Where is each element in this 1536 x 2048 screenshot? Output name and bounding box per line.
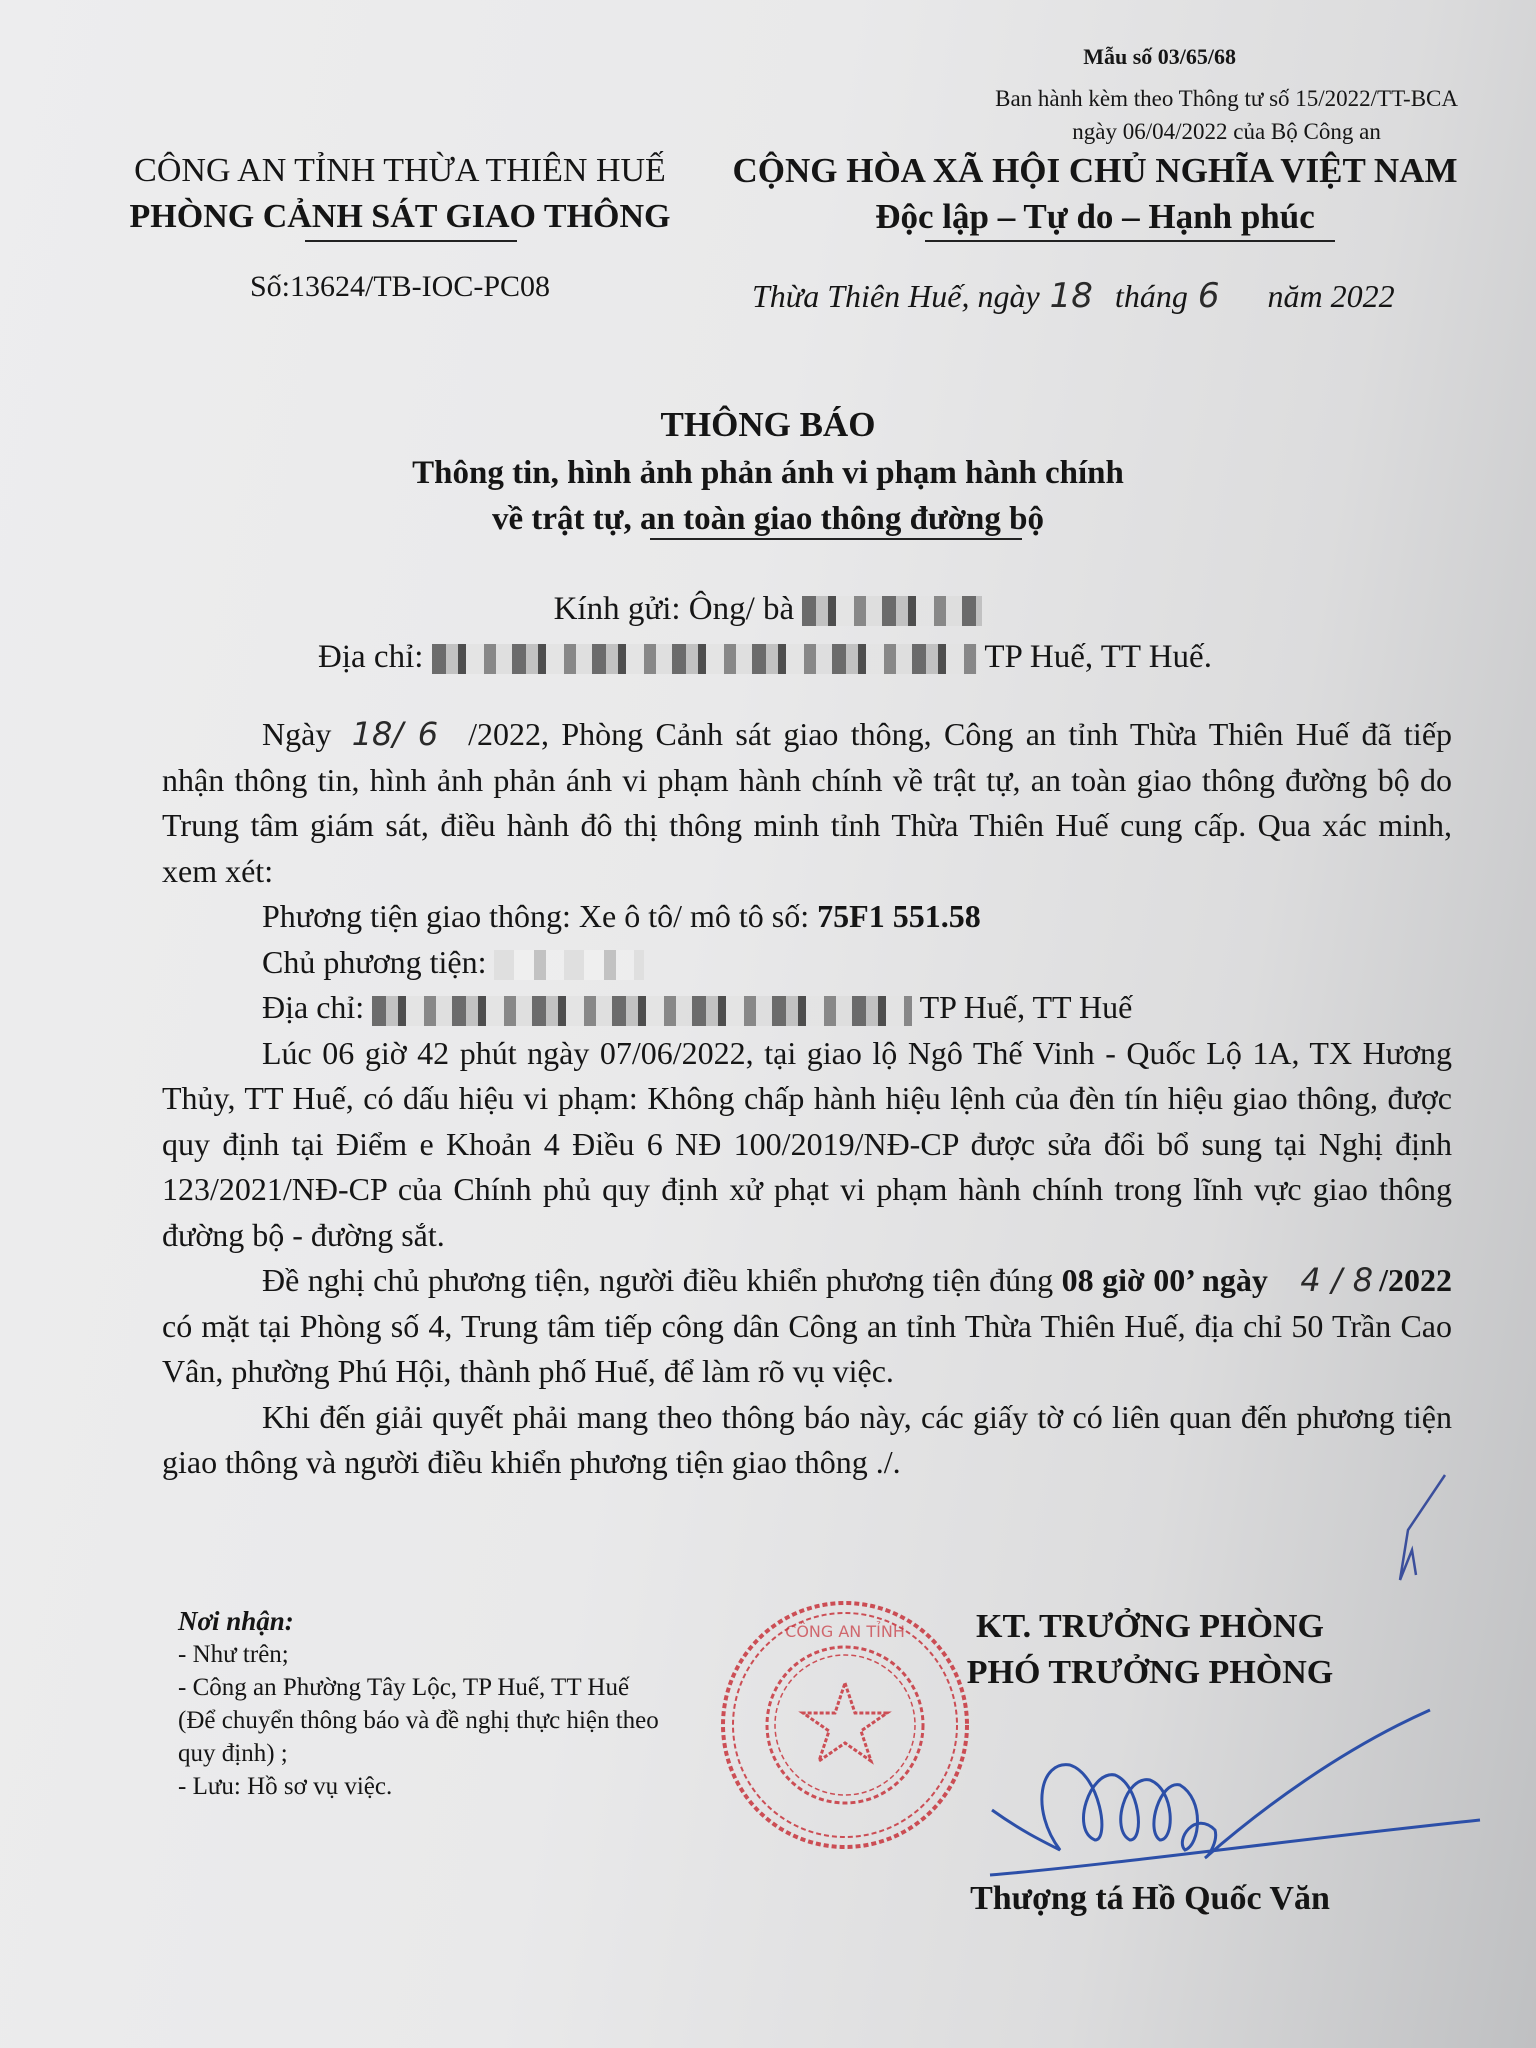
address-suffix: TP Huế, TT Huế. bbox=[984, 639, 1212, 675]
handwritten-summons-date: 4 / 8 bbox=[1300, 1261, 1373, 1299]
paragraph-summons: Đề nghị chủ phương tiện, người điều khiể… bbox=[162, 1258, 1452, 1395]
signature-title-block: KT. TRƯỞNG PHÒNG PHÓ TRƯỞNG PHÒNG bbox=[900, 1604, 1400, 1696]
notice-title: THÔNG BÁO bbox=[0, 400, 1536, 450]
paragraph-violation: Lúc 06 giờ 42 phút ngày 07/06/2022, tại … bbox=[162, 1031, 1452, 1259]
signature-title-line1: KT. TRƯỞNG PHÒNG bbox=[900, 1604, 1400, 1650]
owner-line: Chủ phương tiện: bbox=[162, 940, 1452, 986]
issuing-agency-block: CÔNG AN TỈNH THỪA THIÊN HUẾ PHÒNG CẢNH S… bbox=[80, 148, 720, 240]
notice-subtitle-line2: về trật tự, an toàn giao thông đường bộ bbox=[0, 496, 1536, 542]
recipient-item: - Lưu: Hồ sơ vụ việc. bbox=[178, 1770, 659, 1803]
place-date: Thừa Thiên Huế, ngày 18 tháng 6 năm 2022 bbox=[752, 276, 1395, 316]
title-underline bbox=[650, 538, 1022, 540]
recipient-item: - Công an Phường Tây Lộc, TP Huế, TT Huế bbox=[178, 1671, 659, 1704]
summons-text: Đề nghị chủ phương tiện, người điều khiể… bbox=[262, 1262, 1053, 1298]
department-name: PHÒNG CẢNH SÁT GIAO THÔNG bbox=[80, 194, 720, 240]
year-label: năm 2022 bbox=[1267, 278, 1394, 314]
date-prefix: Ngày bbox=[262, 716, 331, 752]
vehicle-line: Phương tiện giao thông: Xe ô tô/ mô tô s… bbox=[162, 894, 1452, 940]
national-motto: Độc lập – Tự do – Hạnh phúc bbox=[720, 194, 1470, 240]
recipients-heading: Nơi nhận: bbox=[178, 1605, 659, 1638]
redacted-name bbox=[802, 596, 982, 626]
owner-address-line: Địa chỉ: TP Huế, TT Huế bbox=[162, 985, 1452, 1031]
form-issuance-note: Ban hành kèm theo Thông tư số 15/2022/TT… bbox=[995, 82, 1458, 148]
redacted-owner-address bbox=[372, 996, 912, 1026]
paragraph-receipt: Ngày 18/ 6/2022, Phòng Cảnh sát giao thô… bbox=[162, 712, 1452, 894]
recipient-item: - Như trên; bbox=[178, 1638, 659, 1671]
greeting: Kính gửi: Ông/ bà bbox=[554, 591, 795, 627]
svg-text:CÔNG AN TỈNH: CÔNG AN TỈNH bbox=[785, 1621, 905, 1641]
address-label: Địa chỉ: bbox=[318, 639, 423, 675]
recipient-item: (Để chuyển thông báo và đề nghị thực hiệ… bbox=[178, 1704, 659, 1737]
summons-location: có mặt tại Phòng số 4, Trung tâm tiếp cô… bbox=[162, 1308, 1452, 1390]
place-prefix: Thừa Thiên Huế, ngày bbox=[752, 278, 1040, 314]
owner-label: Chủ phương tiện: bbox=[262, 944, 486, 980]
summons-time: 08 giờ 00’ ngày bbox=[1062, 1262, 1268, 1298]
addressee-block: Kính gửi: Ông/ bà Địa chỉ: TP Huế, TT Hu… bbox=[0, 585, 1536, 681]
recipients-block: Nơi nhận: - Như trên; - Công an Phường T… bbox=[178, 1605, 659, 1803]
vehicle-label: Phương tiện giao thông: Xe ô tô/ mô tô s… bbox=[262, 898, 809, 934]
agency-underline bbox=[305, 240, 517, 242]
owner-address-label: Địa chỉ: bbox=[262, 989, 364, 1025]
notice-subtitle-line1: Thông tin, hình ảnh phản ánh vi phạm hàn… bbox=[0, 450, 1536, 496]
handwritten-day: 18 bbox=[1050, 276, 1093, 316]
owner-address-suffix: TP Huế, TT Huế bbox=[920, 989, 1133, 1025]
addressee-address-line: Địa chỉ: TP Huế, TT Huế. bbox=[0, 633, 1536, 681]
summons-year: /2022 bbox=[1379, 1262, 1452, 1298]
checkmark-icon bbox=[1390, 1470, 1470, 1590]
paragraph-documents: Khi đến giải quyết phải mang theo thông … bbox=[162, 1395, 1452, 1486]
country-name: CỘNG HÒA XÃ HỘI CHỦ NGHĨA VIỆT NAM bbox=[720, 148, 1470, 194]
license-plate: 75F1 551.58 bbox=[817, 898, 981, 934]
motto-underline bbox=[925, 240, 1335, 242]
notice-body: Ngày 18/ 6/2022, Phòng Cảnh sát giao thô… bbox=[162, 712, 1452, 1486]
recipient-item: quy định) ; bbox=[178, 1737, 659, 1770]
signer-name: Thượng tá Hồ Quốc Văn bbox=[900, 1880, 1400, 1918]
agency-name: CÔNG AN TỈNH THỪA THIÊN HUẾ bbox=[80, 148, 720, 194]
national-heading: CỘNG HÒA XÃ HỘI CHỦ NGHĨA VIỆT NAM Độc l… bbox=[720, 148, 1470, 240]
signature-scribble-icon bbox=[960, 1690, 1520, 1880]
addressee-line: Kính gửi: Ông/ bà bbox=[0, 585, 1536, 633]
handwritten-month: 6 bbox=[1198, 276, 1220, 316]
redacted-owner bbox=[494, 950, 644, 980]
redacted-address bbox=[432, 644, 977, 674]
notice-title-block: THÔNG BÁO Thông tin, hình ảnh phản ánh v… bbox=[0, 400, 1536, 542]
form-note-line2: ngày 06/04/2022 của Bộ Công an bbox=[995, 115, 1458, 148]
form-note-line1: Ban hành kèm theo Thông tư số 15/2022/TT… bbox=[995, 82, 1458, 115]
month-label: tháng bbox=[1115, 278, 1188, 314]
document-number: Số:13624/TB-IOC-PC08 bbox=[80, 270, 720, 304]
form-number: Mẫu số 03/65/68 bbox=[1083, 44, 1236, 70]
handwritten-receipt-date: 18/ 6 bbox=[352, 715, 438, 753]
